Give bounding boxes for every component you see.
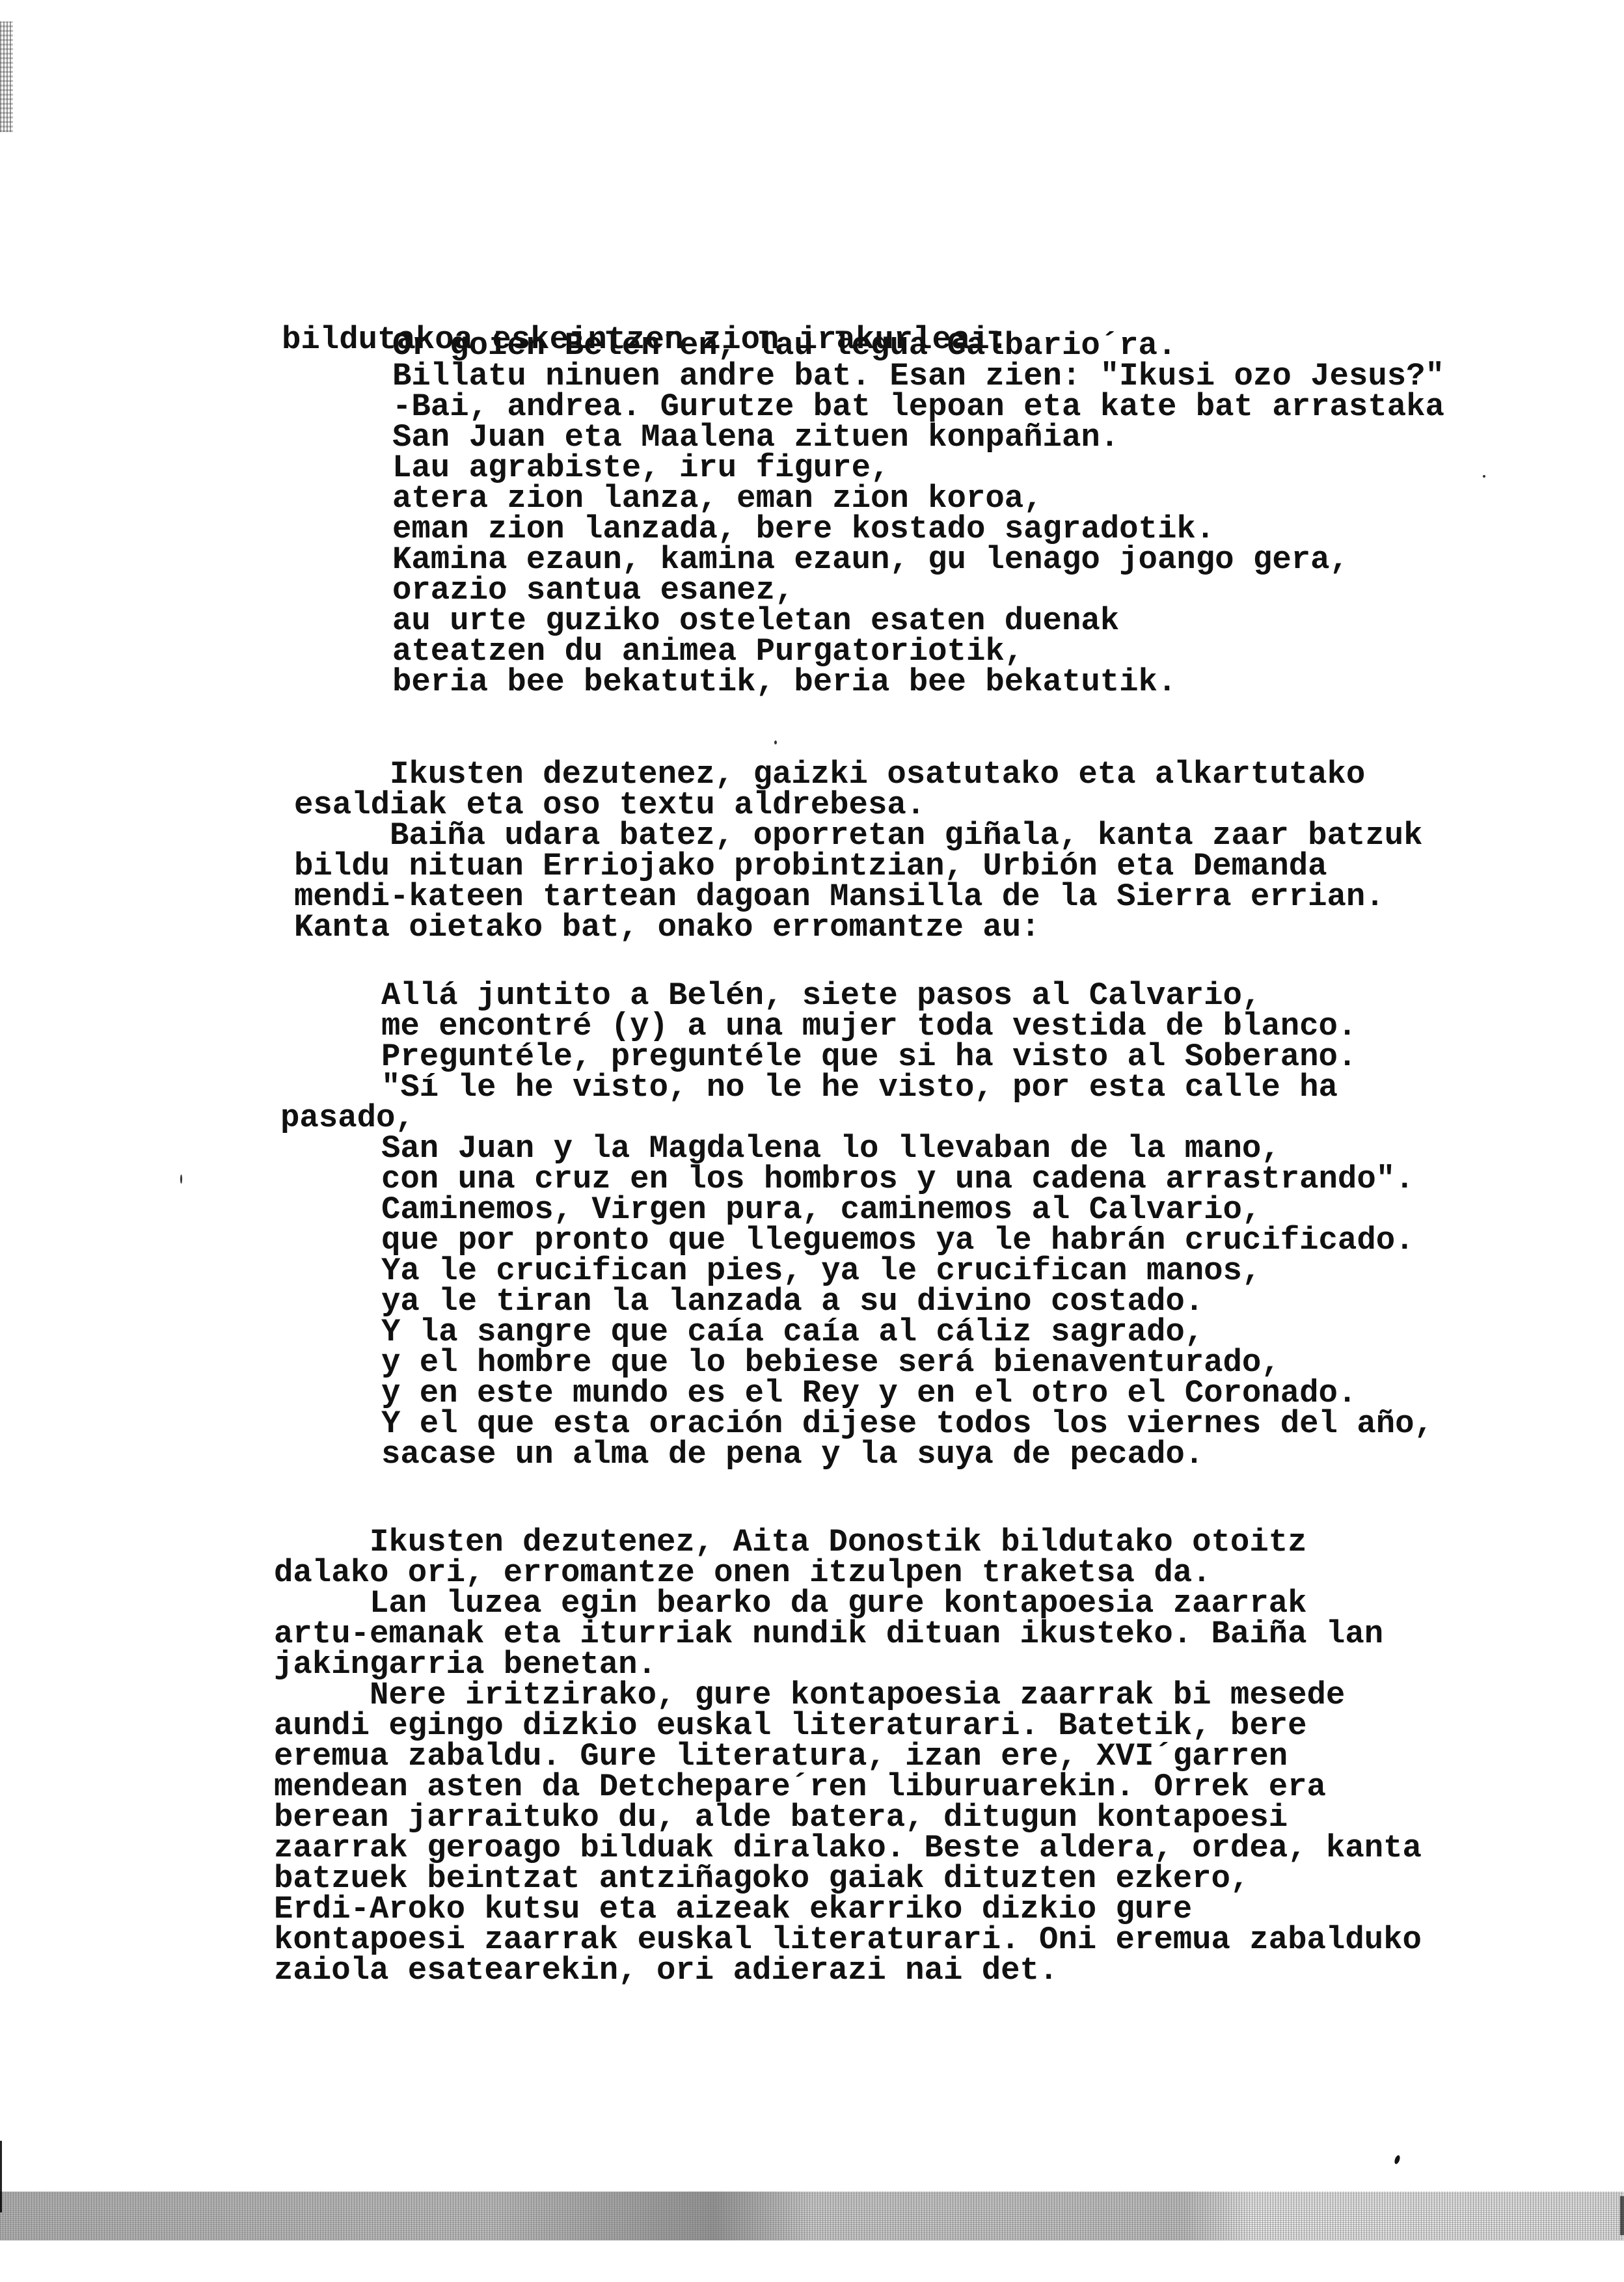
paragraph-2: Ikusten dezutenez, Aita Donostik bilduta… — [274, 1527, 1422, 1986]
verse-line: Preguntéle, preguntéle que si ha visto a… — [381, 1042, 1433, 1072]
verse-line: me encontré (y) a una mujer toda vestida… — [381, 1011, 1433, 1042]
verse-line: pasado, — [280, 1103, 1433, 1134]
verse-line: San Juan eta Maalena zituen konpañian. — [392, 422, 1444, 453]
scan-speck — [774, 740, 777, 744]
prose-line: Ikusten dezutenez, gaizki osatutako eta … — [294, 759, 1423, 790]
verse-line: Ya le crucifican pies, ya le crucifican … — [381, 1256, 1433, 1286]
scan-noise-bottom-band — [0, 2192, 1624, 2240]
paragraph-1: Ikusten dezutenez, gaizki osatutako eta … — [294, 759, 1423, 943]
verse-line: ateatzen du animea Purgatoriotik, — [392, 636, 1444, 667]
prose-line: kontapoesi zaarrak euskal literaturari. … — [274, 1925, 1422, 1955]
prose-line: Erdi-Aroko kutsu eta aizeak ekarriko diz… — [274, 1894, 1422, 1925]
prose-line: artu-emanak eta iturriak nundik dituan i… — [274, 1619, 1422, 1650]
verse-line: Kamina ezaun, kamina ezaun, gu lenago jo… — [392, 545, 1444, 575]
verse-line: con una cruz en los hombros y una cadena… — [381, 1164, 1433, 1195]
verse-line: San Juan y la Magdalena lo llevaban de l… — [381, 1134, 1433, 1164]
verse-line: beria bee bekatutik, beria bee bekatutik… — [392, 667, 1444, 698]
verse-line: eman zion lanzada, bere kostado sagradot… — [392, 514, 1444, 545]
spanish-romance-verse: Allá juntito a Belén, siete pasos al Cal… — [381, 981, 1433, 1470]
prose-line: aundi egingo dizkio euskal literaturari.… — [274, 1711, 1422, 1741]
verse-line: Lau agrabiste, iru figure, — [392, 453, 1444, 483]
basque-prayer-verse: Or goien Belen´en, lau legua Galbario´ra… — [392, 331, 1444, 698]
ink-blot — [1394, 2154, 1401, 2165]
prose-line: dalako ori, erromantze onen itzulpen tra… — [274, 1558, 1422, 1588]
verse-line: atera zion lanza, eman zion koroa, — [392, 483, 1444, 514]
prose-line: mendean asten da Detchepare´ren liburuar… — [274, 1772, 1422, 1802]
scan-edge-right — [1620, 2196, 1624, 2235]
verse-line: Y el que esta oración dijese todos los v… — [381, 1409, 1433, 1439]
verse-line: "Sí le he visto, no le he visto, por est… — [381, 1072, 1433, 1103]
prose-line: Ikusten dezutenez, Aita Donostik bilduta… — [274, 1527, 1422, 1558]
verse-line: -Bai, andrea. Gurutze bat lepoan eta kat… — [392, 392, 1444, 422]
prose-line: Nere iritzirako, gure kontapoesia zaarra… — [274, 1680, 1422, 1711]
verse-line: que por pronto que lleguemos ya le habrá… — [381, 1225, 1433, 1256]
prose-line: eremua zabaldu. Gure literatura, izan er… — [274, 1741, 1422, 1772]
verse-line: y en este mundo es el Rey y en el otro e… — [381, 1378, 1433, 1409]
scanned-page: bildutakoa eskeintzen zion irakurleai: O… — [0, 0, 1624, 2282]
verse-line: Billatu ninuen andre bat. Esan zien: "Ik… — [392, 361, 1444, 392]
prose-line: mendi-kateen tartean dagoan Mansilla de … — [294, 882, 1423, 912]
prose-line: zaiola esatearekin, ori adierazi nai det… — [274, 1955, 1422, 1986]
prose-line: batzuek beintzat antziñagoko gaiak dituz… — [274, 1864, 1422, 1894]
verse-line: au urte guziko osteletan esaten duenak — [392, 606, 1444, 636]
prose-line: Lan luzea egin bearko da gure kontapoesi… — [274, 1588, 1422, 1619]
prose-line: jakingarria benetan. — [274, 1650, 1422, 1680]
prose-line: berean jarraituko du, alde batera, ditug… — [274, 1802, 1422, 1833]
scan-noise-left-edge — [0, 21, 13, 132]
verse-line: Y la sangre que caía caía al cáliz sagra… — [381, 1317, 1433, 1348]
scan-speck — [180, 1175, 182, 1184]
verse-line: sacase un alma de pena y la suya de peca… — [381, 1439, 1433, 1470]
verse-line: orazio santua esanez, — [392, 575, 1444, 606]
verse-line: Caminemos, Virgen pura, caminemos al Cal… — [381, 1195, 1433, 1225]
verse-line: Or goien Belen´en, lau legua Galbario´ra… — [392, 331, 1444, 361]
prose-line: zaarrak geroago bilduak diralako. Beste … — [274, 1833, 1422, 1864]
prose-line: bildu nituan Erriojako probintzian, Urbi… — [294, 851, 1423, 882]
scan-speck — [1483, 475, 1485, 478]
prose-line: esaldiak eta oso textu aldrebesa. — [294, 790, 1423, 821]
prose-line: Kanta oietako bat, onako erromantze au: — [294, 912, 1423, 943]
verse-line: ya le tiran la lanzada a su divino costa… — [381, 1286, 1433, 1317]
verse-line: y el hombre que lo bebiese será bienaven… — [381, 1348, 1433, 1378]
verse-line: Allá juntito a Belén, siete pasos al Cal… — [381, 981, 1433, 1011]
prose-line: Baiña udara batez, oporretan giñala, kan… — [294, 821, 1423, 851]
